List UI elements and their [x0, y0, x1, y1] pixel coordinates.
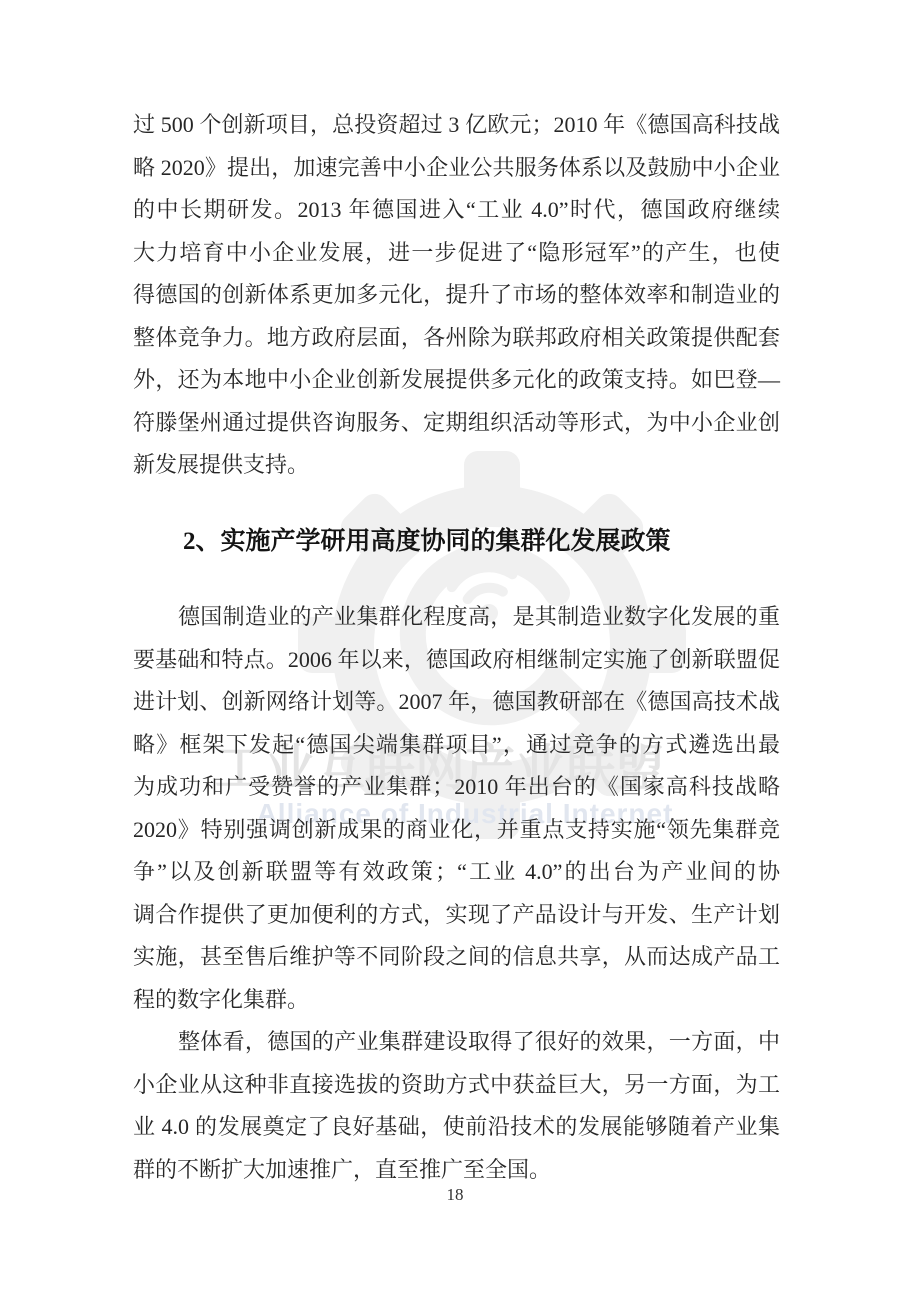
body-line: 整体看，德国的产业集群建设取得了很好的效果，一方面，中	[133, 1021, 780, 1064]
body-line: 进计划、创新网络计划等。2007 年，德国教研部在《德国高技术战	[133, 681, 780, 724]
body-line: 略》框架下发起“德国尖端集群项目”，通过竞争的方式遴选出最	[133, 724, 780, 767]
paragraph-clusters: 德国制造业的产业集群化程度高，是其制造业数字化发展的重 要基础和特点。2006 …	[133, 596, 780, 1021]
paragraph-continuation: 过 500 个创新项目，总投资超过 3 亿欧元；2010 年《德国高科技战 略 …	[133, 104, 780, 487]
body-line: 略 2020》提出，加速完善中小企业公共服务体系以及鼓励中小企业	[133, 147, 780, 190]
body-line: 过 500 个创新项目，总投资超过 3 亿欧元；2010 年《德国高科技战	[133, 104, 780, 147]
body-line: 得德国的创新体系更加多元化，提升了市场的整体效率和制造业的	[133, 274, 780, 317]
section-heading: 2、实施产学研用高度协同的集群化发展政策	[183, 524, 803, 560]
paragraph-results: 整体看，德国的产业集群建设取得了很好的效果，一方面，中 小企业从这种非直接选拔的…	[133, 1021, 780, 1191]
page-number: 18	[0, 1183, 910, 1207]
body-line: 程的数字化集群。	[133, 979, 780, 1022]
body-line: 整体竞争力。地方政府层面，各州除为联邦政府相关政策提供配套	[133, 317, 780, 360]
page-text: 过 500 个创新项目，总投资超过 3 亿欧元；2010 年《德国高科技战 略 …	[0, 0, 910, 1300]
body-line: 调合作提供了更加便利的方式，实现了产品设计与开发、生产计划	[133, 894, 780, 937]
body-line: 大力培育中小企业发展，进一步促进了“隐形冠军”的产生，也使	[133, 232, 780, 275]
body-line: 业 4.0 的发展奠定了良好基础，使前沿技术的发展能够随着产业集	[133, 1106, 780, 1149]
body-line: 的中长期研发。2013 年德国进入“工业 4.0”时代，德国政府继续	[133, 189, 780, 232]
document-page: 工业互联网产业联盟 Alliance of Industrial Interne…	[0, 0, 910, 1300]
body-line: 外，还为本地中小企业创新发展提供多元化的政策支持。如巴登—	[133, 359, 780, 402]
body-line: 符滕堡州通过提供咨询服务、定期组织活动等形式，为中小企业创	[133, 402, 780, 445]
body-line: 小企业从这种非直接选拔的资助方式中获益巨大，另一方面，为工	[133, 1064, 780, 1107]
body-line: 实施，甚至售后维护等不同阶段之间的信息共享，从而达成产品工	[133, 936, 780, 979]
body-line: 新发展提供支持。	[133, 444, 780, 487]
body-line: 为成功和广受赞誉的产业集群；2010 年出台的《国家高科技战略	[133, 766, 780, 809]
body-line: 要基础和特点。2006 年以来，德国政府相继制定实施了创新联盟促	[133, 639, 780, 682]
body-line: 争”以及创新联盟等有效政策；“工业 4.0”的出台为产业间的协	[133, 851, 780, 894]
body-line: 2020》特别强调创新成果的商业化，并重点支持实施“领先集群竞	[133, 809, 780, 852]
body-line: 德国制造业的产业集群化程度高，是其制造业数字化发展的重	[133, 596, 780, 639]
